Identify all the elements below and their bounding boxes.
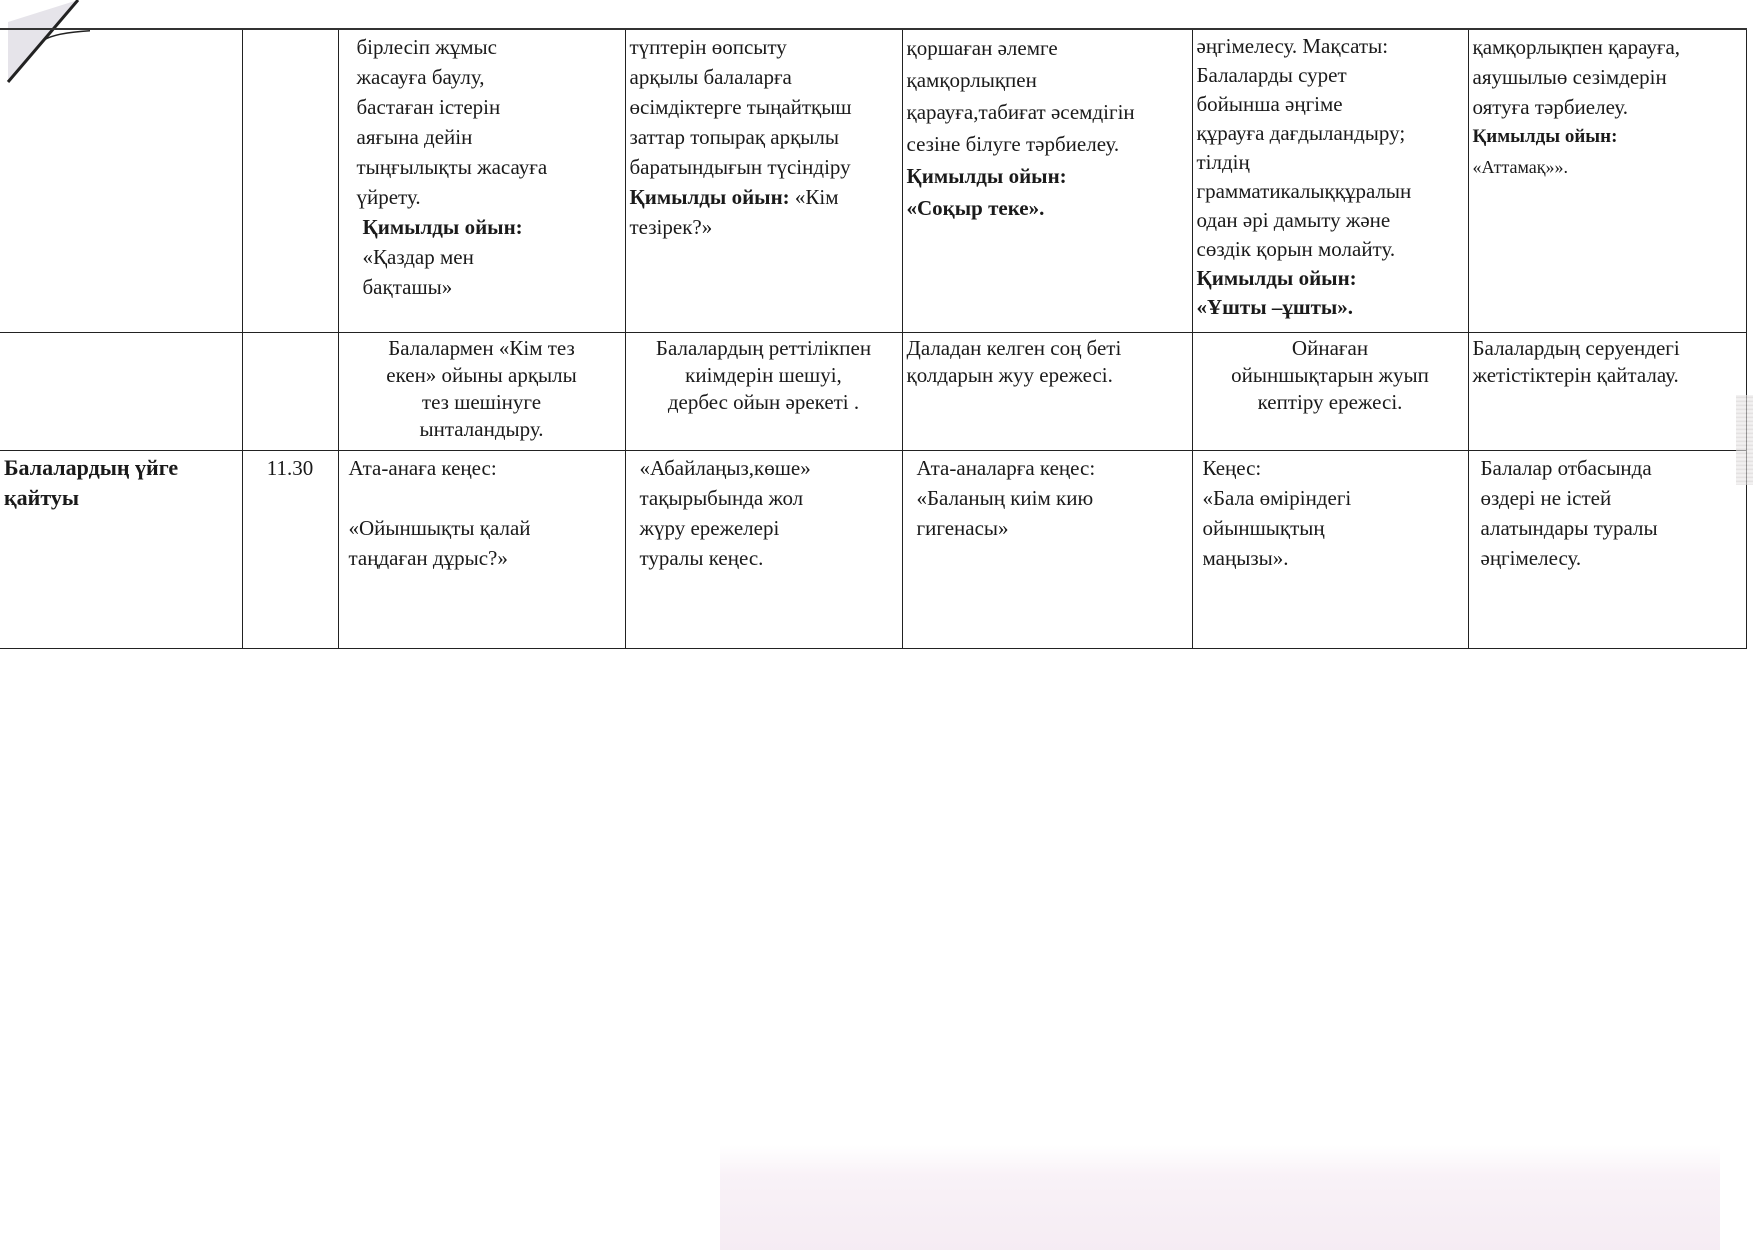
day-cell-3: Даладан келген соң беті қолдарын жуу ере… — [902, 333, 1192, 451]
cell-text — [343, 483, 621, 513]
cell-text: Балалардың реттілікпен — [630, 335, 898, 362]
cell-text: «Бала өміріндегі — [1197, 483, 1464, 513]
cell-text: тез шешінуге — [343, 389, 621, 416]
cell-text: Балалармен «Кім тез — [343, 335, 621, 362]
cell-text: бірлесіп жұмыс — [343, 32, 621, 62]
day-cell-1: Балалармен «Кім тез екен» ойыны арқылы т… — [338, 333, 625, 451]
cell-text: одан әрі дамыту және — [1197, 206, 1464, 235]
cell-text: үйрету. — [343, 182, 621, 212]
cell-text: баратындығын түсіндіру — [630, 152, 898, 182]
cell-text: киімдерін шешуі, — [630, 362, 898, 389]
time-cell — [242, 333, 338, 451]
game-name: тезірек?» — [630, 212, 898, 242]
day-cell-3: Ата-аналарға кеңес: «Баланың киім кию ги… — [902, 451, 1192, 649]
day-cell-2: «Абайлаңыз,көше» тақырыбында жол жүру ер… — [625, 451, 902, 649]
daily-plan-table: бірлесіп жұмыс жасауға баулу, бастаған і… — [0, 28, 1747, 649]
time-cell: 11.30 — [242, 451, 338, 649]
cell-text: «Баланың киім кию — [907, 483, 1188, 513]
cell-text: Балаларды сурет — [1197, 61, 1464, 90]
section-title: Балалардың үйге — [4, 453, 238, 483]
cell-text: Ата-аналарға кеңес: — [907, 453, 1188, 483]
cell-text: сезіне білуге тәрбиелеу. — [907, 128, 1188, 160]
cell-text: тақырыбында жол — [630, 483, 898, 513]
cell-text: заттар топырақ арқылы — [630, 122, 898, 152]
day-cell-5: қамқорлықпен қарауға, аяушылыө сезімдері… — [1468, 29, 1746, 333]
game-label: Қимылды ойын: — [630, 185, 790, 209]
scan-shadow-artifact — [720, 1145, 1720, 1250]
cell-text: жасауға баулу, — [343, 62, 621, 92]
game-name: «Қаздар мен — [343, 242, 621, 272]
section-cell — [0, 29, 242, 333]
cell-text: өздері не істей — [1473, 483, 1742, 513]
time-cell — [242, 29, 338, 333]
cell-text: құрауға дағдыландыру; — [1197, 119, 1464, 148]
day-cell-5: Балалардың серуендегі жетістіктерін қайт… — [1468, 333, 1746, 451]
cell-text: Ата-анаға кеңес: — [343, 453, 621, 483]
game-name: «Кім — [790, 185, 839, 209]
cell-text: тілдің — [1197, 148, 1464, 177]
cell-text: өсімдіктерге тыңайтқыш — [630, 92, 898, 122]
day-cell-3: қоршаған әлемге қамқорлықпен қарауға,таб… — [902, 29, 1192, 333]
day-cell-4: Ойнаған ойыншықтарын жуып кептіру ережес… — [1192, 333, 1468, 451]
day-cell-1: Ата-анаға кеңес: «Ойыншықты қалай таңдағ… — [338, 451, 625, 649]
cell-text: қамқорлықпен қарауға, — [1473, 32, 1742, 62]
cell-text: алатындары туралы — [1473, 513, 1742, 543]
cell-text: жүру ережелері — [630, 513, 898, 543]
cell-text: «Абайлаңыз,көше» — [630, 453, 898, 483]
cell-text: қамқорлықпен — [907, 64, 1188, 96]
cell-text: гигенасы» — [907, 513, 1188, 543]
cell-text: «Ойыншықты қалай — [343, 513, 621, 543]
game-name: «Соқыр теке». — [907, 192, 1188, 224]
day-cell-4: әңгімелесу. Мақсаты: Балаларды сурет бой… — [1192, 29, 1468, 333]
cell-text: Балалар отбасында — [1473, 453, 1742, 483]
cell-text: таңдаған дұрыс?» — [343, 543, 621, 573]
cell-text: туралы кеңес. — [630, 543, 898, 573]
cell-text: ойыншықтарын жуып — [1197, 362, 1464, 389]
cell-text: тыңғылықты жасауға — [343, 152, 621, 182]
cell-text: Даладан келген соң беті — [907, 335, 1188, 362]
day-cell-2: Балалардың реттілікпен киімдерін шешуі, … — [625, 333, 902, 451]
day-cell-2: түптерін өопсыту арқылы балаларға өсімді… — [625, 29, 902, 333]
game-label: Қимылды ойын: — [343, 212, 621, 242]
cell-text: кептіру ережесі. — [1197, 389, 1464, 416]
section-cell — [0, 333, 242, 451]
cell-text: сөздік қорын молайту. — [1197, 235, 1464, 264]
cell-text: маңызы». — [1197, 543, 1464, 573]
cell-text: түптерін өопсыту — [630, 32, 898, 62]
game-label: Қимылды ойын: — [1473, 122, 1742, 152]
cell-text: әңгімелесу. Мақсаты: — [1197, 32, 1464, 61]
cell-text: оятуға тәрбиелеу. — [1473, 92, 1742, 122]
day-cell-1: бірлесіп жұмыс жасауға баулу, бастаған і… — [338, 29, 625, 333]
game-name: бақташы» — [343, 272, 621, 302]
table-row: Балалардың үйге қайтуы 11.30 Ата-анаға к… — [0, 451, 1746, 649]
cell-text: бастаған істерін — [343, 92, 621, 122]
day-cell-4: Кеңес: «Бала өміріндегі ойыншықтың маңыз… — [1192, 451, 1468, 649]
section-title: қайтуы — [4, 483, 238, 513]
table-row: бірлесіп жұмыс жасауға баулу, бастаған і… — [0, 29, 1746, 333]
cell-text: ойыншықтың — [1197, 513, 1464, 543]
cell-text: Кеңес: — [1197, 453, 1464, 483]
cell-text: аяғына дейін — [343, 122, 621, 152]
cell-text: екен» ойыны арқылы — [343, 362, 621, 389]
table-row: Балалармен «Кім тез екен» ойыны арқылы т… — [0, 333, 1746, 451]
cell-text: әңгімелесу. — [1473, 543, 1742, 573]
time-value: 11.30 — [247, 453, 334, 483]
cell-text: грамматикалыққұралын — [1197, 177, 1464, 206]
section-cell: Балалардың үйге қайтуы — [0, 451, 242, 649]
cell-text: жетістіктерін қайталау. — [1473, 362, 1742, 389]
cell-text: аяушылыө сезімдерін — [1473, 62, 1742, 92]
cell-text: ынталандыру. — [343, 416, 621, 443]
cell-text: арқылы балаларға — [630, 62, 898, 92]
cell-text: қарауға,табиғат әсемдігін — [907, 96, 1188, 128]
game-label: Қимылды ойын: — [1197, 264, 1464, 293]
cell-text: дербес ойын әрекеті . — [630, 389, 898, 416]
scan-edge-artifact — [1736, 395, 1753, 485]
game-name: «Аттамақ»». — [1473, 152, 1742, 182]
game-label: Қимылды ойын: — [907, 160, 1188, 192]
cell-text: қоршаған әлемге — [907, 32, 1188, 64]
day-cell-5: Балалар отбасында өздері не істей алатын… — [1468, 451, 1746, 649]
cell-text: Балалардың серуендегі — [1473, 335, 1742, 362]
cell-text: қолдарын жуу ережесі. — [907, 362, 1188, 389]
cell-text: Ойнаған — [1197, 335, 1464, 362]
game-name: «Ұшты –ұшты». — [1197, 293, 1464, 322]
cell-text: бойынша әңгіме — [1197, 90, 1464, 119]
